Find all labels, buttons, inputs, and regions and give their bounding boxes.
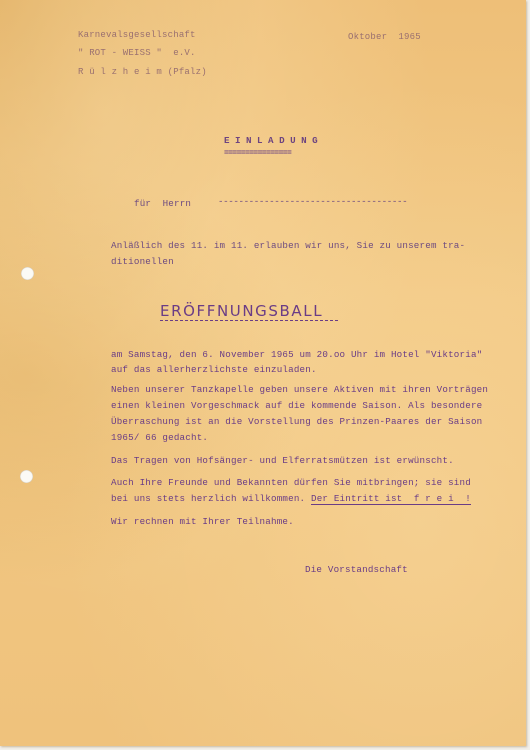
- letter-paper: Karnevalsgesellschaft " ROT - WEISS " e.…: [0, 0, 526, 746]
- document-title: EINLADUNG: [224, 135, 323, 146]
- title-underline: ================: [224, 148, 291, 159]
- closing-line: Wir rechnen mit Ihrer Teilnahme.: [111, 516, 294, 527]
- dress-code-note: Das Tragen von Hofsänger- und Elferratsm…: [111, 455, 454, 466]
- signature: Die Vorstandschaft: [305, 564, 408, 575]
- free-entry-notice: Der Eintritt ist f r e i !: [311, 493, 471, 505]
- recipient-blank-line: -------------------------------------: [218, 196, 407, 207]
- program-line-2: einen kleinen Vorgeschmack auf die komme…: [111, 400, 482, 411]
- program-line-1: Neben unserer Tanzkapelle geben unsere A…: [111, 384, 488, 395]
- punch-hole-bottom: [20, 470, 33, 483]
- guests-welcome-text: bei uns stets herzlich willkommen.: [111, 493, 311, 504]
- letterhead-club-subtitle: " ROT - WEISS " e.V.: [78, 48, 196, 59]
- letterhead-location: R ü l z h e i m (Pfalz): [78, 67, 207, 78]
- guests-line-2: bei uns stets herzlich willkommen. Der E…: [111, 493, 471, 504]
- intro-line-2: ditionellen: [111, 256, 174, 267]
- event-details-line-1: am Samstag, den 6. November 1965 um 20.o…: [111, 349, 482, 360]
- program-line-4: 1965/ 66 gedacht.: [111, 432, 208, 443]
- intro-line-1: Anläßlich des 11. im 11. erlauben wir un…: [111, 240, 465, 251]
- recipient-label: für Herrn: [134, 198, 191, 209]
- guests-line-1: Auch Ihre Freunde und Bekannten dürfen S…: [111, 477, 471, 488]
- event-name-heading: ERÖFFNUNGSBALL: [160, 302, 323, 320]
- letter-date: Oktober 1965: [348, 32, 421, 43]
- event-name-underline: [160, 320, 338, 321]
- punch-hole-top: [21, 267, 34, 280]
- letterhead-club-name: Karnevalsgesellschaft: [78, 30, 196, 41]
- event-details-line-2: auf das allerherzlichste einzuladen.: [111, 364, 317, 375]
- program-line-3: Überraschung ist an die Vorstellung des …: [111, 416, 482, 427]
